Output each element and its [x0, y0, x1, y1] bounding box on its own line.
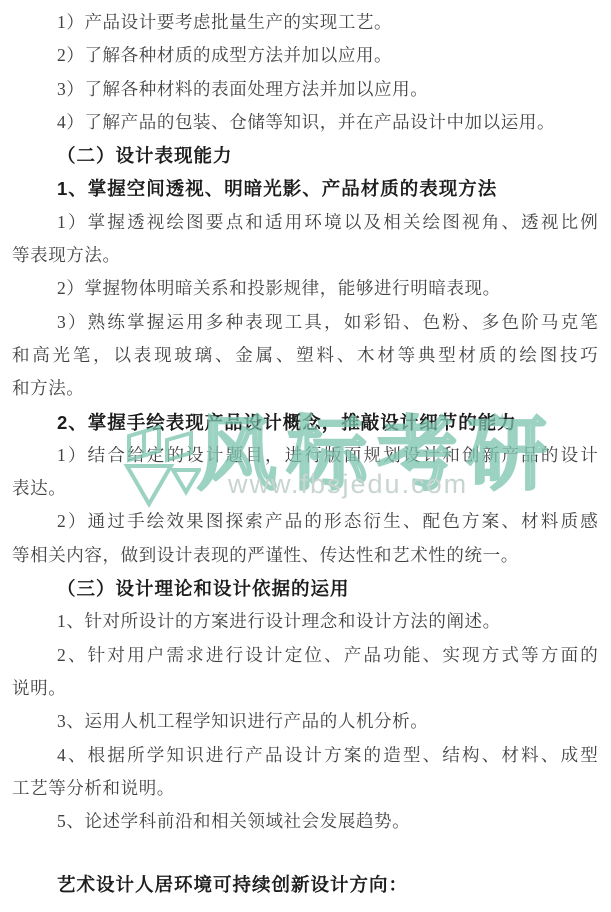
text-line: 艺术设计人居环境可持续创新设计方向： [12, 868, 598, 901]
text-line: 1）结合给定的设计题目，进行版面规划设计和创新产品的设计 [12, 439, 598, 472]
text-line: 等表现方法。 [12, 239, 598, 272]
text-line: 2、针对用户需求进行设计定位、产品功能、实现方式等方面的 [12, 639, 598, 672]
text-line: （二）设计表现能力 [12, 139, 598, 172]
text-line: 和高光笔，以表现玻璃、金属、塑料、木材等典型材质的绘图技巧 [12, 339, 598, 372]
document-body: 1）产品设计要考虑批量生产的实现工艺。2）了解各种材质的成型方法并加以应用。3）… [12, 6, 598, 902]
text-line: 2）了解各种材质的成型方法并加以应用。 [12, 39, 598, 72]
text-line: 1）产品设计要考虑批量生产的实现工艺。 [12, 6, 598, 39]
text-line: 3、运用人机工程学知识进行产品的人机分析。 [12, 705, 598, 738]
text-line: 说明。 [12, 672, 598, 705]
text-line: 4）了解产品的包装、仓储等知识，并在产品设计中加以运用。 [12, 106, 598, 139]
text-line: 等相关内容，做到设计表现的严谨性、传达性和艺术性的统一。 [12, 539, 598, 572]
text-line: 2、掌握手绘表现产品设计概念，推敲设计细节的能力 [12, 406, 598, 439]
text-line: （三）设计理论和设计依据的运用 [12, 572, 598, 605]
text-line: 3）了解各种材料的表面处理方法并加以应用。 [12, 73, 598, 106]
text-line: 1、掌握空间透视、明暗光影、产品材质的表现方法 [12, 172, 598, 205]
text-line: 1、针对所设计的方案进行设计理念和设计方法的阐述。 [12, 605, 598, 638]
text-line: 3）熟练掌握运用多种表现工具，如彩铅、色粉、多色阶马克笔 [12, 306, 598, 339]
text-line: 1）掌握透视绘图要点和适用环境以及相关绘图视角、透视比例 [12, 206, 598, 239]
document-page: 1）产品设计要考虑批量生产的实现工艺。2）了解各种材质的成型方法并加以应用。3）… [0, 0, 611, 912]
text-line: 表达。 [12, 472, 598, 505]
text-line: 工艺等分析和说明。 [12, 772, 598, 805]
text-line: 2）通过手绘效果图探索产品的形态衍生、配色方案、材料质感 [12, 505, 598, 538]
text-line: 2）掌握物体明暗关系和投影规律，能够进行明暗表现。 [12, 272, 598, 305]
text-line: 4、根据所学知识进行产品设计方案的造型、结构、材料、成型 [12, 739, 598, 772]
text-line: 5、论述学科前沿和相关领域社会发展趋势。 [12, 805, 598, 838]
text-line: 和方法。 [12, 372, 598, 405]
